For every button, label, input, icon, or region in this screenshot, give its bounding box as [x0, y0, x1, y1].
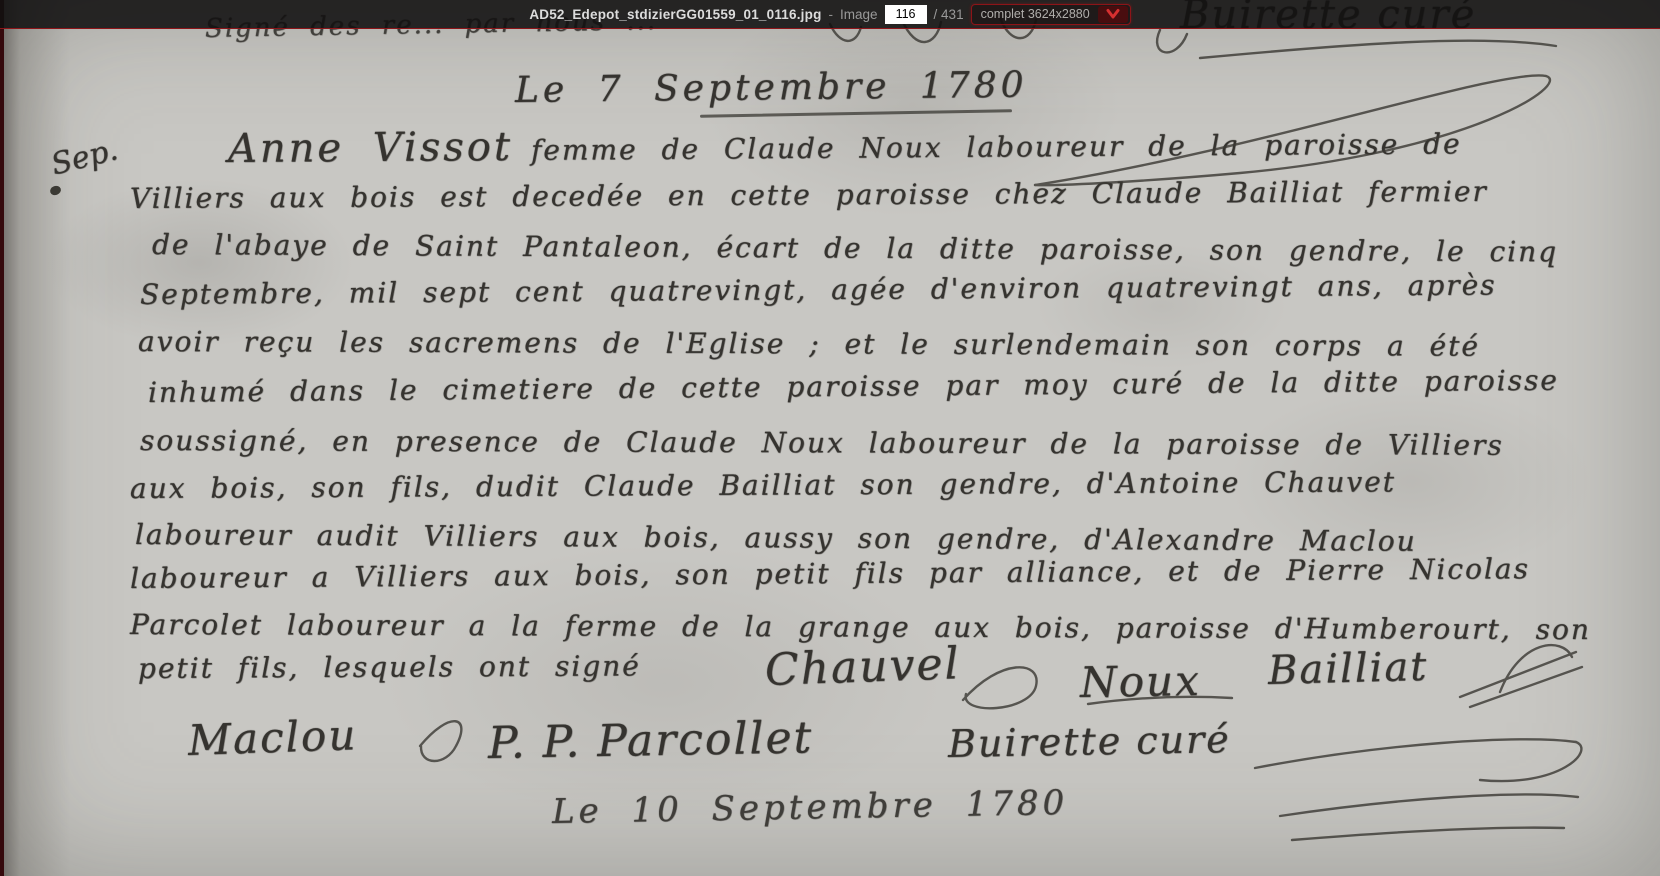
next-record-date-heading: Le 10 Septembre 1780	[552, 783, 1069, 832]
page-binding-edge	[0, 0, 4, 876]
signature-bailliat: Bailliat	[1267, 644, 1428, 694]
deceased-name: Anne Vissot	[228, 124, 513, 172]
ink-blot	[49, 184, 62, 196]
image-filename: AD52_Edepot_stdizierGG01559_01_0116.jpg	[529, 7, 821, 22]
margin-note: Sep.	[48, 132, 122, 182]
archive-image-viewer: Signé des re... par nous ... Buirette cu…	[0, 0, 1660, 876]
signature-maclou: Maclou	[187, 710, 358, 765]
image-label: Image	[840, 7, 878, 22]
manuscript-line: laboureur a Villiers aux bois, son petit…	[130, 552, 1530, 595]
manuscript-line-text: femme de Claude Noux laboureur de la par…	[531, 127, 1462, 166]
dropdown-open-button[interactable]	[1098, 6, 1128, 23]
manuscript-line: Villiers aux bois est decedée en cette p…	[130, 175, 1488, 215]
signature-noux: Noux	[1080, 656, 1202, 707]
image-total: / 431	[934, 7, 964, 22]
manuscript-line: Parcolet laboureur a la ferme de la gran…	[130, 608, 1591, 646]
signature-chauvel: Chauvel	[764, 638, 961, 696]
manuscript-line: avoir reçu les sacremens de l'Eglise ; e…	[138, 325, 1480, 363]
record-date-heading: Le 7 Septembre 1780	[515, 65, 1028, 111]
zoom-mode-dropdown[interactable]: complet 3624x2880	[971, 4, 1131, 25]
manuscript-line: petit fils, lesquels ont signé	[138, 649, 641, 685]
manuscript-line: Anne Vissot femme de Claude Noux laboure…	[228, 117, 1462, 172]
manuscript-line: de l'abaye de Saint Pantaleon, écart de …	[152, 228, 1558, 268]
image-number-input[interactable]	[885, 5, 927, 24]
manuscript-line: aux bois, son fils, dudit Claude Baillia…	[130, 465, 1396, 505]
heading-underline	[700, 109, 1012, 117]
filename-separator: -	[829, 7, 834, 22]
manuscript-line: laboureur audit Villiers aux bois, aussy…	[135, 518, 1417, 558]
manuscript-scan[interactable]: Signé des re... par nous ... Buirette cu…	[0, 0, 1660, 876]
signature-parcollet: P. P. Parcollet	[488, 712, 814, 769]
manuscript-line: inhumé dans le cimetiere de cette parois…	[148, 364, 1559, 409]
signature-buirette-cure: Buirette curé	[948, 717, 1231, 766]
chevron-down-icon	[1105, 7, 1121, 21]
manuscript-line: soussigné, en presence de Claude Noux la…	[140, 424, 1504, 462]
manuscript-line: Septembre, mil sept cent quatrevingt, ag…	[140, 269, 1497, 311]
zoom-mode-label: complet 3624x2880	[981, 7, 1090, 21]
viewer-toolbar: AD52_Edepot_stdizierGG01559_01_0116.jpg …	[0, 0, 1660, 29]
